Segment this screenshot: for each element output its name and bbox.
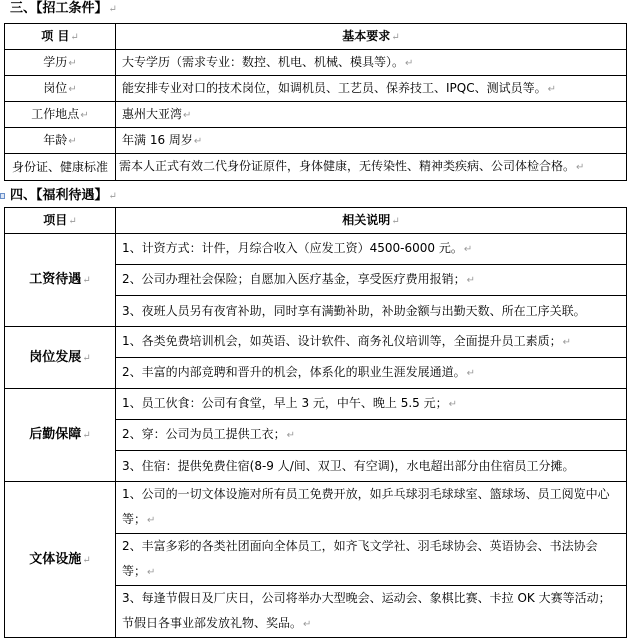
table-row: 岗位发展↵ 1、各类免费培训机会，如英语、设计软件、商务礼仪培训等，全面提升员工…: [5, 327, 627, 358]
benefit-item: 1、员工伙食：公司有食堂，早上 3 元，中午、晚上 5.5 元；↵: [116, 389, 627, 420]
benefit-item: 1、公司的一切文体设施对所有员工免费开放，如乒乓球羽毛球球室、篮球场、员工阅览中…: [116, 482, 627, 534]
table-row: 后勤保障↵ 1、员工伙食：公司有食堂，早上 3 元，中午、晚上 5.5 元；↵: [5, 389, 627, 420]
row-label-position: 岗位↵: [5, 76, 116, 102]
object-anchor-icon: [0, 193, 5, 199]
benefit-item: 3、每逢节假日及厂庆日，公司将举办大型晚会、运动会、象棋比赛、卡拉 OK 大赛等…: [116, 586, 627, 638]
section-3-title-text: 三、【招工条件】: [10, 1, 108, 16]
row-value-age: 年满 16 周岁↵: [116, 128, 627, 154]
benefit-item: 3、夜班人员另有夜宵补助，同时享有满勤补助，补助金额与出勤天数、所在工序关联。: [116, 296, 627, 327]
paragraph-mark-icon: ↵: [109, 4, 117, 15]
header-description: 相关说明↵: [116, 208, 627, 234]
benefits-table: 项目↵ 相关说明↵ 工资待遇↵ 1、计资方式：计件，月综合收入（应发工资）450…: [4, 207, 627, 638]
row-label-education: 学历↵: [5, 50, 116, 76]
table-row: 工资待遇↵ 1、计资方式：计件，月综合收入（应发工资）4500-6000 元。↵: [5, 234, 627, 265]
group-label-culture-sports: 文体设施↵: [5, 482, 116, 638]
benefit-item: 1、各类免费培训机会，如英语、设计软件、商务礼仪培训等，全面提升员工素质；↵: [116, 327, 627, 358]
row-label-location: 工作地点↵: [5, 102, 116, 128]
group-label-salary: 工资待遇↵: [5, 234, 116, 327]
row-label-id-health: 身份证、健康标准: [5, 154, 116, 181]
table-header-row: 项 目↵ 基本要求↵: [5, 24, 627, 50]
table-row: 岗位↵ 能安排专业对口的技术岗位，如调机员、工艺员、保养技工、IPQC、测试员等…: [5, 76, 627, 102]
table-header-row: 项目↵ 相关说明↵: [5, 208, 627, 234]
header-item: 项目↵: [5, 208, 116, 234]
row-value-education: 大专学历（需求专业：数控、机电、机械、模具等）。↵: [116, 50, 627, 76]
section-3-title: 三、【招工条件】↵: [10, 1, 117, 18]
section-4-title: 四、【福利待遇】↵: [10, 188, 117, 205]
group-label-career: 岗位发展↵: [5, 327, 116, 389]
benefit-item: 2、丰富的内部竞聘和晋升的机会，体系化的职业生涯发展通道。↵: [116, 358, 627, 389]
table-row: 文体设施↵ 1、公司的一切文体设施对所有员工免费开放，如乒乓球羽毛球球室、篮球场…: [5, 482, 627, 534]
benefit-item: 2、穿：公司为员工提供工衣；↵: [116, 420, 627, 451]
header-requirement: 基本要求↵: [116, 24, 627, 50]
table-row: 身份证、健康标准 需本人正式有效二代身份证原件，身体健康，无传染性、精神类疾病、…: [5, 154, 627, 181]
benefit-item: 1、计资方式：计件，月综合收入（应发工资）4500-6000 元。↵: [116, 234, 627, 265]
row-value-location: 惠州大亚湾↵: [116, 102, 627, 128]
header-item: 项 目↵: [5, 24, 116, 50]
benefit-item: 3、住宿：提供免费住宿(8-9 人/间、双卫、有空调)，水电超出部分由住宿员工分…: [116, 451, 627, 482]
table-row: 学历↵ 大专学历（需求专业：数控、机电、机械、模具等）。↵: [5, 50, 627, 76]
group-label-logistics: 后勤保障↵: [5, 389, 116, 482]
row-value-id-health: 需本人正式有效二代身份证原件，身体健康，无传染性、精神类疾病、公司体检合格。↵: [116, 154, 627, 181]
row-value-position: 能安排专业对口的技术岗位，如调机员、工艺员、保养技工、IPQC、测试员等。↵: [116, 76, 627, 102]
section-4-title-text: 四、【福利待遇】: [10, 188, 108, 203]
benefit-item: 2、丰富多彩的各类社团面向全体员工，如齐飞文学社、羽毛球协会、英语协会、书法协会…: [116, 534, 627, 586]
table-row: 工作地点↵ 惠州大亚湾↵: [5, 102, 627, 128]
paragraph-mark-icon: ↵: [109, 191, 117, 202]
benefit-item: 2、公司办理社会保险；自愿加入医疗基金，享受医疗费用报销；↵: [116, 265, 627, 296]
recruitment-conditions-table: 项 目↵ 基本要求↵ 学历↵ 大专学历（需求专业：数控、机电、机械、模具等）。↵…: [4, 23, 627, 181]
row-label-age: 年龄↵: [5, 128, 116, 154]
table-row: 年龄↵ 年满 16 周岁↵: [5, 128, 627, 154]
